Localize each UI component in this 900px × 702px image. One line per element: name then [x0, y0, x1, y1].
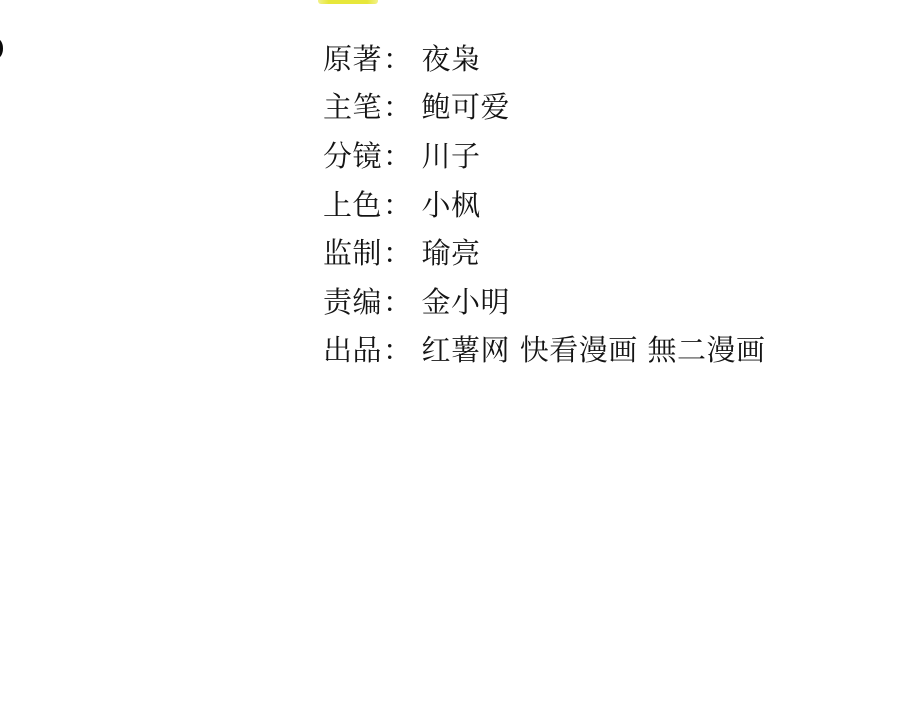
credit-label: 监制	[323, 231, 382, 272]
credit-colon: ：	[383, 328, 413, 369]
credit-label: 原著	[323, 37, 382, 78]
credit-colon: ：	[383, 183, 413, 224]
credit-value: 红薯网 快看漫画 無二漫画	[422, 328, 766, 369]
credit-label: 上色	[323, 183, 382, 224]
credit-label: 主笔	[323, 85, 382, 126]
credit-row-lead-artist: 主笔 ： 鲍可爱	[323, 82, 765, 131]
credit-label: 分镜	[323, 134, 382, 175]
credit-row-original-author: 原著 ： 夜枭	[323, 33, 765, 82]
credit-colon: ：	[383, 231, 413, 272]
credit-value: 瑜亮	[422, 231, 481, 272]
credit-row-editor: 责编 ： 金小明	[323, 276, 765, 325]
credit-label: 出品	[323, 328, 382, 369]
credit-value: 小枫	[422, 183, 481, 224]
credit-colon: ：	[383, 37, 413, 78]
credit-value: 鲍可爱	[422, 85, 511, 126]
credit-colon: ：	[383, 85, 413, 126]
credit-value: 金小明	[422, 280, 511, 321]
credit-value: 夜枭	[422, 37, 481, 78]
credit-value: 川子	[422, 134, 481, 175]
credits-panel: 原著 ： 夜枭 主笔 ： 鲍可爱 分镜 ： 川子 上色 ： 小枫 监制 ： 瑜亮…	[323, 33, 765, 373]
credit-row-production: 出品 ： 红薯网 快看漫画 無二漫画	[323, 325, 765, 374]
credit-colon: ：	[383, 280, 413, 321]
credit-label: 责编	[323, 280, 382, 321]
yellow-highlight-bar	[318, 0, 378, 4]
credit-row-coloring: 上色 ： 小枫	[323, 179, 765, 228]
credit-row-supervisor: 监制 ： 瑜亮	[323, 227, 765, 276]
credit-row-storyboard: 分镜 ： 川子	[323, 130, 765, 179]
left-edge-clipped-mark	[0, 39, 3, 58]
credit-colon: ：	[383, 134, 413, 175]
